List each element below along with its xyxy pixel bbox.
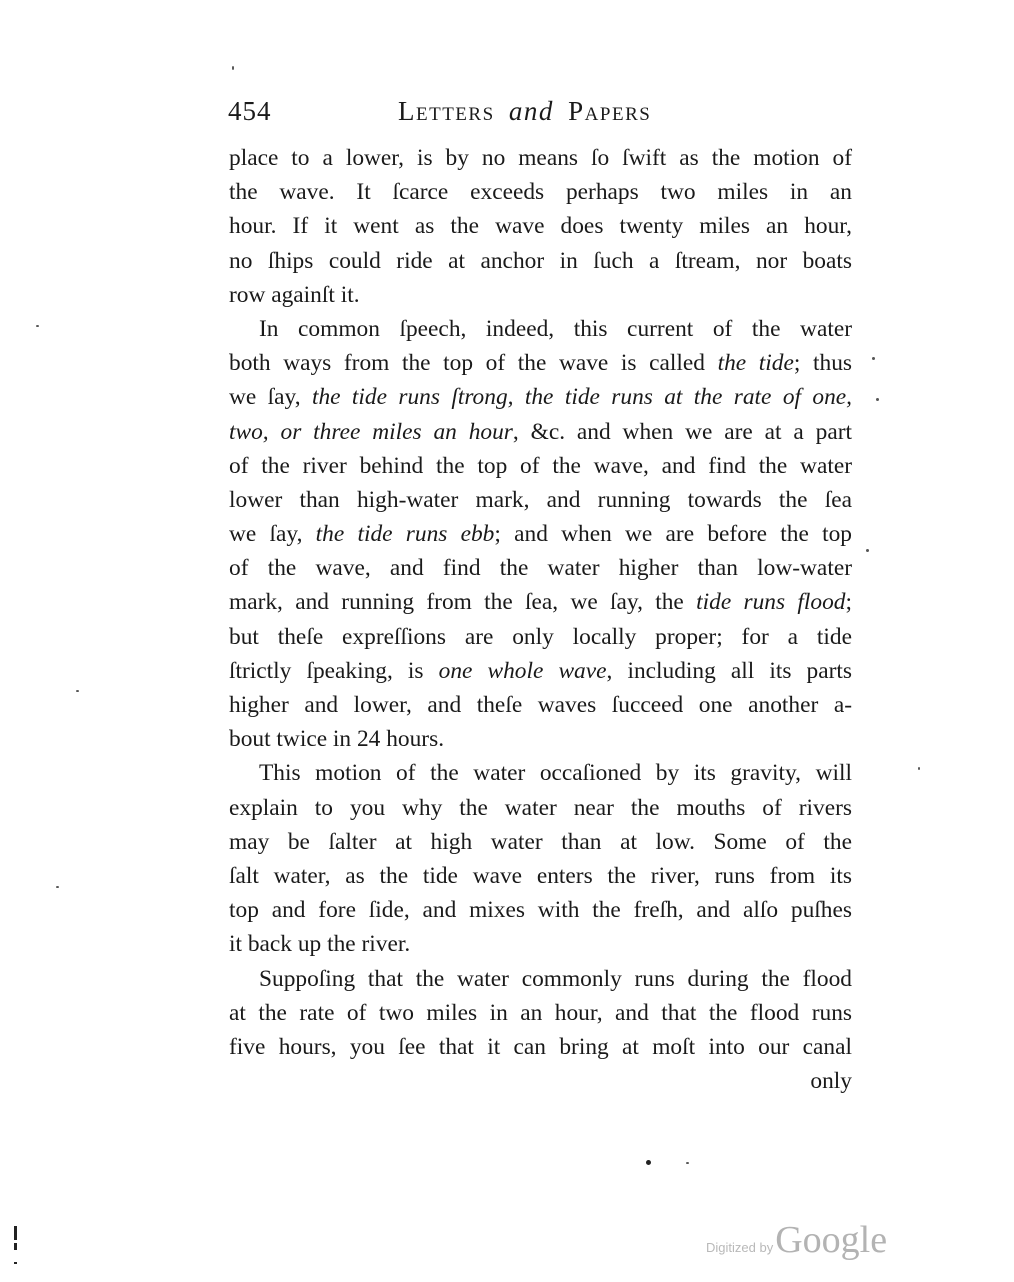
scan-speck (872, 357, 875, 360)
italic-run: the tide (718, 350, 794, 376)
body-text: place to a lower, is by no means ſo ſwif… (229, 141, 852, 1098)
text-run: mark, and running from the ſea, we ſay, … (229, 589, 684, 615)
text-line: row againſt it. (229, 278, 852, 312)
paragraph-4: Suppoſing that the water commonly runs d… (229, 962, 852, 1065)
text-line: it back up the river. (229, 927, 852, 961)
italic-run: one whole wave (439, 658, 607, 684)
running-title: Letters and Papers (398, 96, 651, 127)
text-line: may be ſalter at high water than at low.… (229, 825, 852, 859)
text-run: ; (846, 589, 853, 615)
scan-speck (686, 1162, 689, 1164)
text-line: top and fore ſide, and mixes with the fr… (229, 893, 852, 927)
page-number: 454 (228, 96, 272, 127)
paragraph-2: In common ſpeech, indeed, this current o… (229, 312, 852, 756)
text-run: , &c. and when we are at a part (513, 419, 852, 445)
text-line: of the river behind the top of the wave,… (229, 449, 852, 483)
italic-run: the tide runs ebb (316, 521, 495, 547)
text-line: mark, and running from the ſea, we ſay, … (229, 585, 852, 619)
text-line: at the rate of two miles in an hour, and… (229, 996, 852, 1030)
text-run: ſtrictly ſpeaking, is (229, 658, 424, 684)
running-title-papers: Papers (568, 96, 651, 126)
text-line: both ways from the top of the wave is ca… (229, 346, 852, 380)
text-run: both ways from the top of the wave is ca… (229, 350, 705, 376)
text-line: we ſay, the tide runs ſtrong, the tide r… (229, 380, 852, 414)
scan-speck (56, 886, 59, 888)
binding-mark (14, 1226, 17, 1240)
text-line: place to a lower, is by no means ſo ſwif… (229, 141, 852, 175)
digitized-watermark: Digitized by Google (706, 1218, 887, 1262)
italic-run: tide runs flood (696, 589, 845, 615)
scan-speck (876, 398, 879, 401)
book-page: 454 Letters and Papers place to a lower,… (0, 0, 1014, 1282)
text-line: Suppoſing that the water commonly runs d… (229, 962, 852, 996)
italic-run: the tide runs ſtrong, the tide runs at t… (312, 384, 852, 410)
text-line: This motion of the water occaſioned by i… (229, 756, 852, 790)
paragraph-1: place to a lower, is by no means ſo ſwif… (229, 141, 852, 312)
text-run: we ſay, (229, 521, 302, 547)
text-line: bout twice in 24 hours. (229, 722, 852, 756)
binding-mark (14, 1243, 17, 1250)
text-line: explain to you why the water near the mo… (229, 791, 852, 825)
scan-speck (646, 1160, 651, 1165)
text-line: higher and lower, and theſe waves ſuccee… (229, 688, 852, 722)
scan-speck (232, 66, 234, 70)
binding-mark (14, 1262, 17, 1264)
scan-speck (36, 325, 39, 327)
text-run: ; thus (794, 350, 852, 376)
catchword: only (229, 1064, 852, 1098)
text-line: we ſay, the tide runs ebb; and when we a… (229, 517, 852, 551)
text-line: no ſhips could ride at anchor in ſuch a … (229, 244, 852, 278)
text-run: we ſay, (229, 384, 301, 410)
italic-run: two, or three miles an hour (229, 419, 513, 445)
text-line: two, or three miles an hour, &c. and whe… (229, 415, 852, 449)
text-run: ; and when we are before the top (494, 521, 852, 547)
text-line: ſtrictly ſpeaking, is one whole wave, in… (229, 654, 852, 688)
paragraph-3: This motion of the water occaſioned by i… (229, 756, 852, 961)
text-line: of the wave, and find the water higher t… (229, 551, 852, 585)
text-line: ſalt water, as the tide wave enters the … (229, 859, 852, 893)
running-title-letters: Letters (398, 96, 495, 126)
text-line: but theſe expreſſions are only locally p… (229, 620, 852, 654)
text-line: hour. If it went as the wave does twenty… (229, 209, 852, 243)
google-wordmark: Google (775, 1218, 887, 1262)
scan-speck (76, 690, 79, 692)
text-line: lower than high-water mark, and running … (229, 483, 852, 517)
scan-speck (866, 549, 869, 552)
text-line: the wave. It ſcarce exceeds perhaps two … (229, 175, 852, 209)
text-line: five hours, you ſee that it can bring at… (229, 1030, 852, 1064)
running-head: 454 Letters and Papers (228, 96, 853, 132)
text-line: In common ſpeech, indeed, this current o… (229, 312, 852, 346)
running-title-and: and (509, 96, 554, 126)
watermark-prefix: Digitized by (706, 1240, 773, 1255)
text-run: , including all its parts (607, 658, 853, 684)
scan-speck (918, 767, 920, 770)
